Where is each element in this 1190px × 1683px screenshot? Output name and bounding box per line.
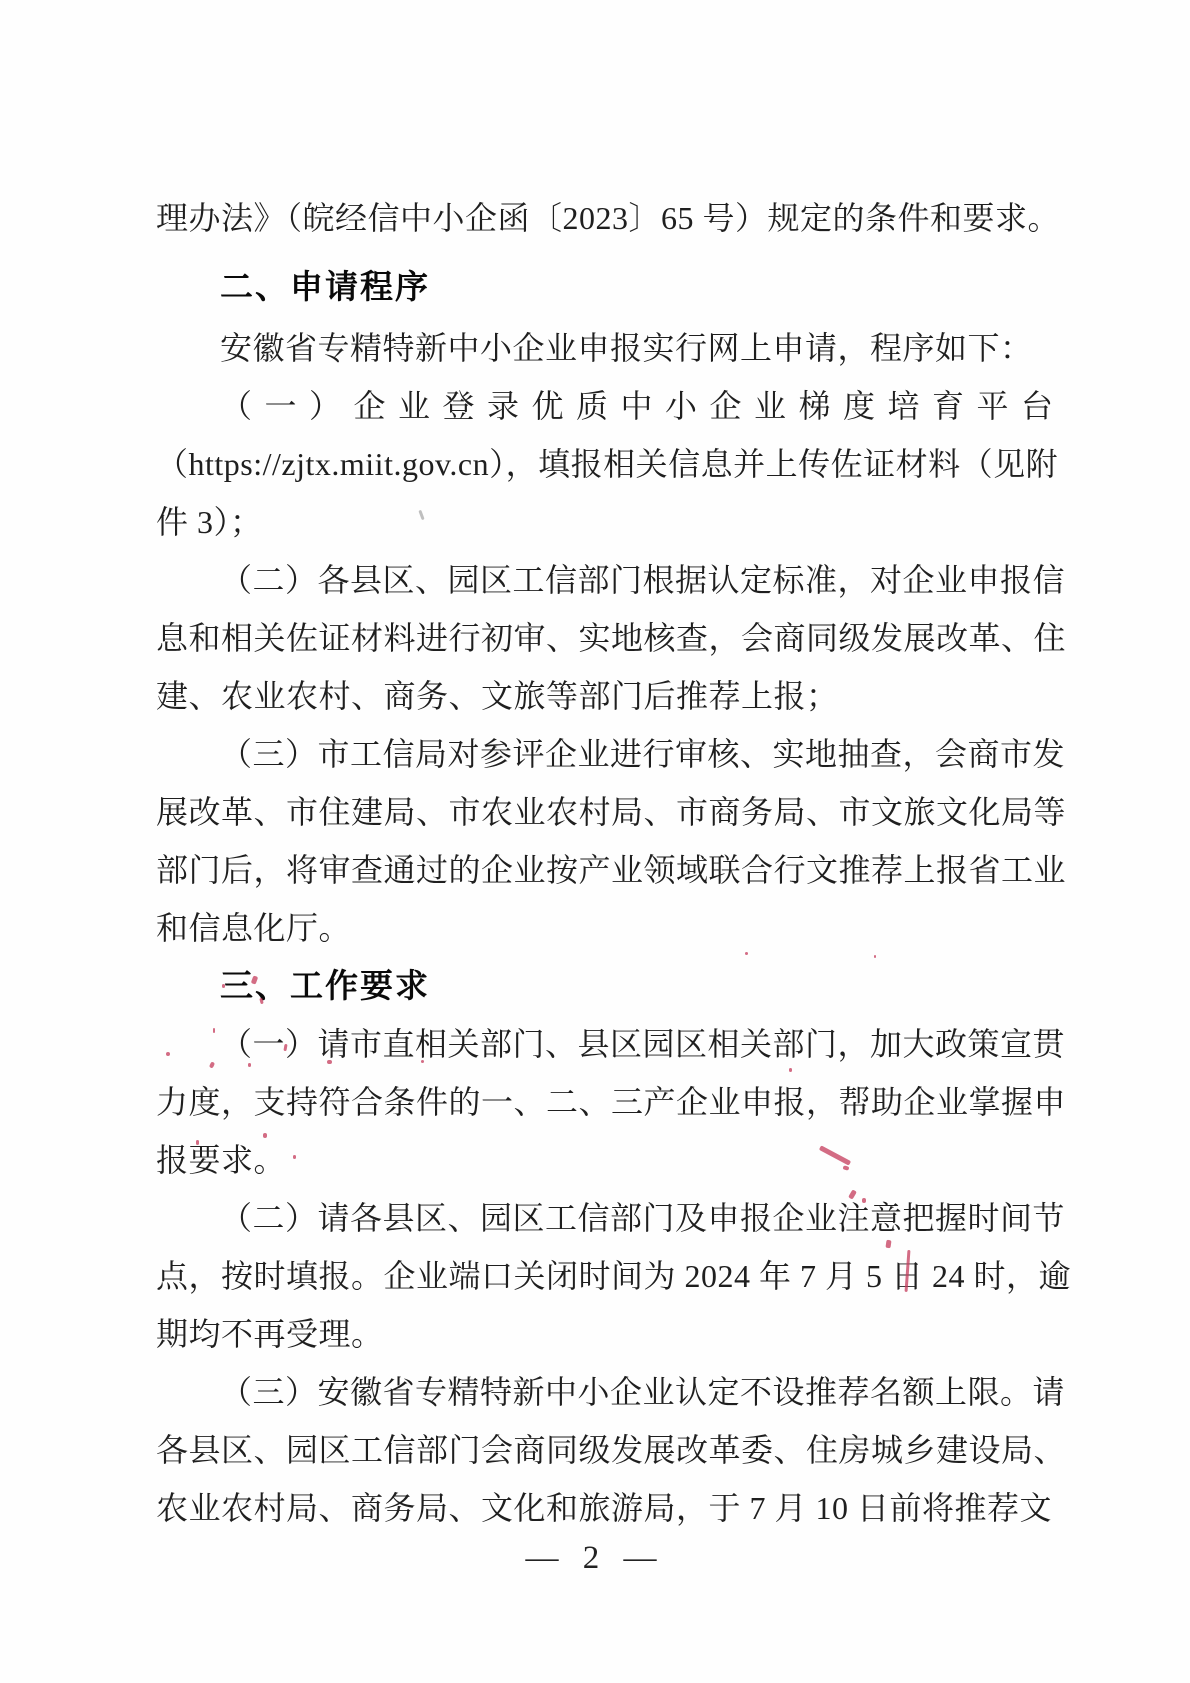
document-text-block: 理办法》（皖经信中小企函〔2023〕65 号）规定的条件和要求。二、申请程序安徽…	[156, 189, 1052, 1537]
document-line: 期均不再受理。	[156, 1305, 1052, 1363]
section-heading: 三、工作要求	[156, 957, 1052, 1015]
document-line: 力度，支持符合条件的一、二、三产企业申报，帮助企业掌握申	[156, 1073, 1052, 1131]
document-line: 建、农业农村、商务、文旅等部门后推荐上报；	[156, 667, 1052, 725]
document-line: 报要求。	[156, 1131, 1052, 1189]
document-line: （一）请市直相关部门、县区园区相关部门，加大政策宣贯	[156, 1015, 1052, 1073]
document-line: 展改革、市住建局、市农业农村局、市商务局、市文旅文化局等	[156, 783, 1052, 841]
document-line: （一）企业登录优质中小企业梯度培育平台	[156, 377, 1052, 435]
document-line: 件 3）；	[156, 493, 1052, 551]
section-heading: 二、申请程序	[156, 258, 1052, 316]
document-line: 息和相关佐证材料进行初审、实地核查，会商同级发展改革、住	[156, 609, 1052, 667]
document-line: 和信息化厅。	[156, 899, 1052, 957]
document-line: （二）请各县区、园区工信部门及申报企业注意把握时间节	[156, 1189, 1052, 1247]
document-line: 点，按时填报。企业端口关闭时间为 2024 年 7 月 5 日 24 时，逾	[156, 1247, 1052, 1305]
document-line: 安徽省专精特新中小企业申报实行网上申请，程序如下：	[156, 319, 1052, 377]
document-line: （三）市工信局对参评企业进行审核、实地抽查，会商市发	[156, 725, 1052, 783]
document-line: （二）各县区、园区工信部门根据认定标准，对企业申报信	[156, 551, 1052, 609]
document-line: 理办法》（皖经信中小企函〔2023〕65 号）规定的条件和要求。	[156, 189, 1052, 247]
document-line: （三）安徽省专精特新中小企业认定不设推荐名额上限。请	[156, 1363, 1052, 1421]
document-line: （https://zjtx.miit.gov.cn），填报相关信息并上传佐证材料…	[156, 435, 1052, 493]
document-line: 各县区、园区工信部门会商同级发展改革委、住房城乡建设局、	[156, 1421, 1052, 1479]
document-line: 部门后，将审查通过的企业按产业领域联合行文推荐上报省工业	[156, 841, 1052, 899]
document-page: 理办法》（皖经信中小企函〔2023〕65 号）规定的条件和要求。二、申请程序安徽…	[0, 0, 1190, 1683]
page-number: — 2 —	[0, 1529, 1190, 1587]
